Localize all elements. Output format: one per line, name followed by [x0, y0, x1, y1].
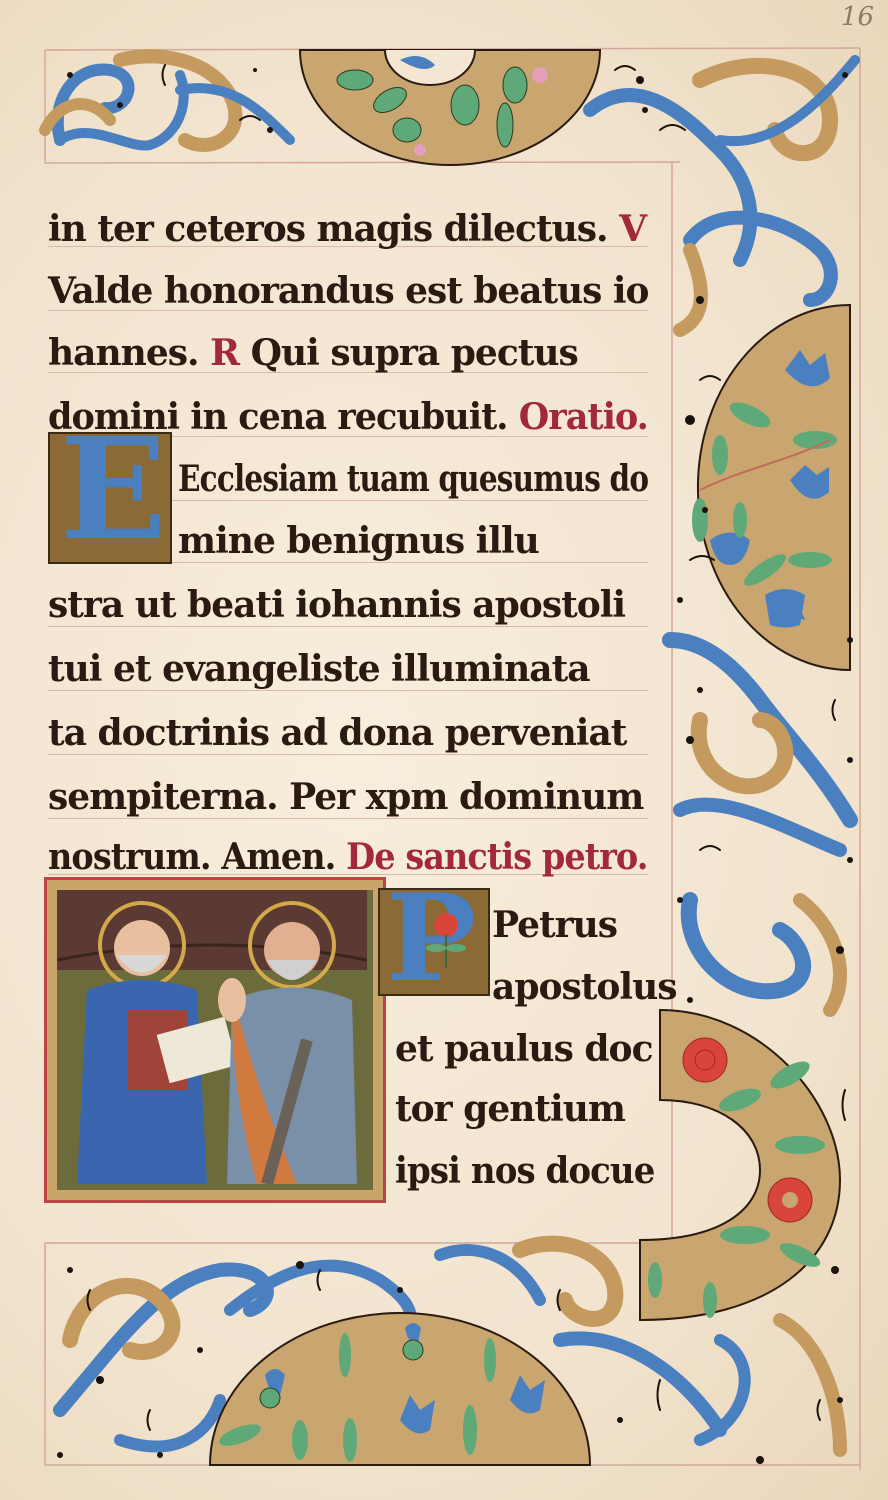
line-text: in ter ceteros magis dilectus. — [48, 208, 608, 250]
text-line-9: ta doctrinis ad dona perveniat — [48, 708, 626, 758]
line-text: nostrum. Amen. — [48, 836, 335, 878]
bottom-flower-medallion — [210, 1313, 590, 1465]
top-leaf-medallion — [300, 50, 600, 165]
text-line-15: tor gentium — [395, 1084, 625, 1134]
miniature-scene — [57, 890, 373, 1190]
text-line-16: ipsi nos docue — [395, 1146, 654, 1196]
line-text: stra ut beati iohannis apostoli — [48, 584, 625, 626]
line-text: ipsi nos docue — [395, 1150, 654, 1192]
text-line-8: tui et evangeliste illuminata — [48, 644, 590, 694]
manuscript-page: 16 — [0, 0, 888, 1500]
versicle-rubric: V — [619, 208, 646, 250]
text-line-1: in ter ceteros magis dilectus. V — [48, 204, 646, 254]
text-line-6: mine benignus illu — [178, 516, 539, 566]
miniature-saints-peter-paul — [44, 877, 386, 1203]
line-text: apostolus — [492, 966, 677, 1008]
line-text: ta doctrinis ad dona perveniat — [48, 712, 626, 754]
response-rubric: R — [210, 332, 239, 374]
text-line-10: sempiterna. Per xpm dominum — [48, 772, 643, 822]
line-text: sempiterna. Per xpm dominum — [48, 776, 643, 818]
saints-painting — [57, 890, 367, 1184]
text-line-12: Petrus — [492, 900, 617, 950]
line-text: tui et evangeliste illuminata — [48, 648, 590, 690]
text-line-2: Valde honorandus est beatus io — [48, 266, 648, 316]
right-rose-medallion — [640, 1010, 840, 1320]
illuminated-initial-e: E — [48, 432, 172, 564]
illuminated-initial-p: P — [378, 888, 490, 996]
line-text: tor gentium — [395, 1088, 625, 1130]
text-line-14: et paulus doc — [395, 1024, 653, 1074]
line-text: Ecclesiam tuam quesumus do — [178, 458, 648, 500]
line-text: Valde honorandus est beatus io — [48, 270, 648, 312]
text-line-5: Ecclesiam tuam quesumus do — [178, 454, 648, 504]
oratio-rubric: Oratio. — [519, 396, 648, 438]
line-text: hannes. — [48, 332, 199, 374]
rose-icon — [416, 910, 476, 970]
text-line-3: hannes. R Qui supra pectus — [48, 328, 578, 378]
line-text: mine benignus illu — [178, 520, 539, 562]
initial-letter: E — [60, 420, 167, 560]
line-text: Petrus — [492, 904, 617, 946]
right-flower-medallion — [692, 305, 850, 670]
text-line-7: stra ut beati iohannis apostoli — [48, 580, 625, 630]
text-line-11: nostrum. Amen. De sanctis petro. — [48, 832, 647, 882]
line-text: Qui supra pectus — [251, 332, 578, 374]
text-line-13: apostolus — [492, 962, 677, 1012]
line-text: et paulus doc — [395, 1028, 653, 1070]
right-acanthus-middle — [670, 640, 850, 1010]
